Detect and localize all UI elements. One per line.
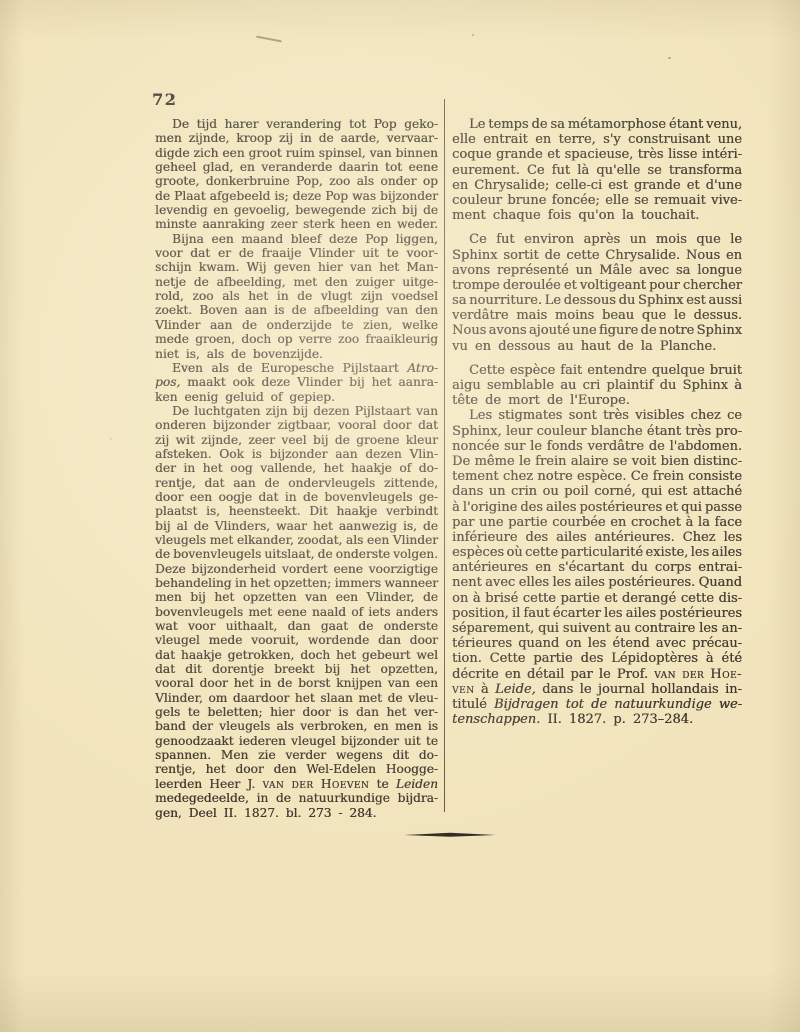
paragraph: Cetteespècefaitentendrequelquebruitaigus… — [452, 363, 742, 409]
text-line: debovenvleugelsuitslaat,deonderstevolgen… — [155, 547, 438, 561]
text-line: elleentraitenterre,s'yconstruisantune — [452, 132, 742, 147]
text-line: nentavecelleslesailespostérieures.Quand — [452, 575, 742, 590]
text-line: sanourriture.LedessousduSphinxestaussi — [452, 293, 742, 308]
text-line: rentje,hetdoordenWel-EdelenHoogge- — [155, 762, 438, 776]
text-line: venàLeide,danslejournalhollandaisin- — [452, 682, 742, 697]
text-line: vleugelsmetelkander,zoodat,alseenVlinder — [155, 533, 438, 547]
text-line: banddervleugelsalsverbroken,enmenis — [155, 719, 438, 733]
text-line: gelstebeletten;hierdoorisdanhetver- — [155, 705, 438, 719]
text-line: onderenbijzonderzigtbaar,vooraldoordat — [155, 418, 438, 432]
scan-speck — [472, 34, 474, 36]
text-line: medegroen,dochopverrezoofraaikleurig — [155, 332, 438, 346]
text-line: geheelglad,enveranderdedaarintoteene — [155, 160, 438, 174]
text-line: rentje,dataandeondervleugelszittende, — [155, 476, 438, 490]
text-line: spannen.Menzieverderwegensditdo- — [155, 748, 438, 762]
text-line: vleugelmedevooruit,wordendedandoor — [155, 633, 438, 647]
text-line: dePlaatafgebeeldis;dezePopwasbijzonder — [155, 189, 438, 203]
text-line: tenschappen. II. 1827. p. 273–284. — [452, 712, 742, 727]
text-line: netjedeafbeelding,metdenzuigeruitge- — [155, 275, 438, 289]
text-line: gen, Deel II. 1827. bl. 273 - 284. — [155, 806, 438, 820]
text-line: menbijhetopzettenvaneenVlinder,de — [155, 590, 438, 604]
text-line: dansuncrinoupoilcorné,quiestattaché — [452, 484, 742, 499]
text-line: aigusemblableaucriplaintifduSphinxà — [452, 378, 742, 393]
text-line: rold,zooalshetindevlugtzijnvoedsel — [155, 289, 438, 303]
paragraph: EvenalsdeEuropeschePijlstaartAtro-pos,ma… — [155, 361, 438, 404]
text-line: medegedeelde,indenatuurkundigebijdra- — [155, 791, 438, 805]
text-line: SphinxsortitdecetteChrysalide.Nousen — [452, 248, 742, 263]
text-line: niet is, als de bovenzijde. — [155, 347, 438, 361]
text-line: zoekt.Bovenaanisdeafbeeldingvanden — [155, 303, 438, 317]
end-of-article-rule — [404, 823, 496, 842]
text-line: vooraldoorhetindeborstknijpenvaneen — [155, 676, 438, 690]
text-line: DeluchtgatenzijnbijdezenPijlstaartvan — [155, 404, 438, 418]
text-line: digdezicheengrootruimspinsel,vanbinnen — [155, 146, 438, 160]
text-line: Vlinderaandeonderzijdetezien,welke — [155, 318, 438, 332]
text-line: onàbrisécettepartieetderangécettedis- — [452, 591, 742, 606]
paragraph: Letempsdesamétamorphoseétantvenu,elleent… — [452, 117, 742, 223]
text-line: Cefutenvironaprèsunmoisquele — [452, 232, 742, 247]
text-line: Dezebijzonderheidvorderteenevoorzigtige — [155, 562, 438, 576]
text-line: espècesoùcetteparticularitéexiste,lesail… — [452, 545, 742, 560]
text-line: Cetteespècefaitentendrequelquebruit — [452, 363, 742, 378]
text-line: afsteken.OokisbijzonderaandezenVlin- — [155, 447, 438, 461]
text-line: séparement,quisuiventaucontrairelesan- — [452, 621, 742, 636]
text-line: Letempsdesamétamorphoseétantvenu, — [452, 117, 742, 132]
text-line: pos,maaktookdezeVlinderbijhetaanra- — [155, 375, 438, 389]
left-column: DetijdharerveranderingtotPopgeko-menzijn… — [155, 117, 438, 820]
text-line: NousavonsajoutéunefiguredenotreSphinx — [452, 323, 742, 338]
scan-speck — [668, 57, 671, 59]
paragraph: LesstigmatessonttrèsvisibleschezceSphinx… — [452, 408, 742, 727]
text-line: dooreenoogjedatindebovenvleugelsge- — [155, 490, 438, 504]
text-line: voordaterdefraaijeVlinderuittevoor- — [155, 246, 438, 260]
text-line: avonsreprésentéunMâleavecsalongue — [452, 263, 742, 278]
scan-scratch-mark — [256, 36, 282, 43]
text-line: EvenalsdeEuropeschePijlstaartAtro- — [155, 361, 438, 375]
text-line: zijwitzijnde,zeerveelbijdegroenekleur — [155, 433, 438, 447]
right-column: Letempsdesamétamorphoseétantvenu,elleent… — [452, 117, 742, 727]
text-line: watvooruithaalt,dangaatdeonderste — [155, 619, 438, 633]
text-line: groote,donkerbruinePop,zooalsonderop — [155, 174, 438, 188]
text-line: tion.CettepartiedesLépidoptèresàété — [452, 651, 742, 666]
text-line: eurement.Cefutlàqu'ellesetransforma — [452, 163, 742, 178]
text-line: Lesstigmatessonttrèsvisibleschezce — [452, 408, 742, 423]
text-line: Sphinx,leurcouleurblancheétanttrèspro- — [452, 424, 742, 439]
text-line: tituléBijdragentotdenatuurkundigewe- — [452, 697, 742, 712]
book-page: { "page": { "number": "72", "paper_color… — [0, 0, 800, 1032]
text-line: tête de mort de l'Europe. — [452, 393, 742, 408]
text-line: décriteendétailparleProf.vanderHoe- — [452, 667, 742, 682]
text-line: leerdenHeerJ.vanderHoeventeLeiden — [155, 777, 438, 791]
text-line: genoodzaaktiederenvleugelbijzonderuitte — [155, 734, 438, 748]
text-line: parunepartiecourbéeencrochetàlaface — [452, 515, 742, 530]
text-line: couleurbrunefoncée;elleseremuaitvive- — [452, 193, 742, 208]
text-line: enChrysalide;celle-ciestgrandeetd'une — [452, 178, 742, 193]
text-line: derinhetoogvallende,hethaakjeofdo- — [155, 461, 438, 475]
text-line: Demêmelefreinalairesevoitbiendistinc- — [452, 454, 742, 469]
text-line: coquegrandeetspacieuse,trèslisseintéri- — [452, 147, 742, 162]
page-number: 72 — [152, 90, 177, 109]
text-line: schijnkwam.WijgevenhiervanhetMan- — [155, 260, 438, 274]
scan-speck — [110, 438, 112, 440]
text-line: àl'originedesailespostérieuresetquipasse — [452, 500, 742, 515]
text-line: position,ilfautécarterlesailespostérieur… — [452, 606, 742, 621]
text-line: behandelinginhetopzetten;immerswanneer — [155, 576, 438, 590]
text-line: tementcheznotreespèce.Cefreinconsiste — [452, 469, 742, 484]
text-line: plaatstis,heensteekt.Dithaakjeverbindt — [155, 504, 438, 518]
text-line: verdâtremaismoinsbeauqueledessus. — [452, 308, 742, 323]
text-line: trompederouléeetvoltigeantpourchercher — [452, 278, 742, 293]
text-line: antérieuresens'écartantducorpsentrai- — [452, 560, 742, 575]
text-line: bijaldeVlinders,waarhetaanwezigis,de — [155, 519, 438, 533]
swelled-rule-icon — [404, 832, 496, 838]
text-line: inférieuredesailesantérieures.Chezles — [452, 530, 742, 545]
column-divider-rule — [444, 99, 445, 812]
text-line: Vlinder,omdaardoorhetslaanmetdevleu- — [155, 691, 438, 705]
text-line: ment chaque fois qu'on la touchait. — [452, 208, 742, 223]
paragraph: DetijdharerveranderingtotPopgeko-menzijn… — [155, 117, 438, 232]
paragraph: DeluchtgatenzijnbijdezenPijlstaartvanond… — [155, 404, 438, 820]
text-line: ken eenig geluid of gepiep. — [155, 390, 438, 404]
text-line: DetijdharerveranderingtotPopgeko- — [155, 117, 438, 131]
text-line: minsteaanrakingzeersterkheenenweder. — [155, 217, 438, 231]
text-line: dathaakjegetrokken,dochhetgebeurtwel — [155, 648, 438, 662]
text-line: levendigengevoelig,bewegendezichbijde — [155, 203, 438, 217]
paragraph: CefutenvironaprèsunmoisqueleSphinxsortit… — [452, 232, 742, 354]
text-line: menzijnde,kroopzijindeaarde,vervaar- — [155, 131, 438, 145]
text-line: datditdorentjebreektbijhetopzetten, — [155, 662, 438, 676]
text-line: BijnaeenmaandbleefdezePopliggen, — [155, 232, 438, 246]
text-line: bovenvleugelsmeteenenaaldofietsanders — [155, 605, 438, 619]
paragraph: BijnaeenmaandbleefdezePopliggen,voordate… — [155, 232, 438, 361]
text-line: térieuresquandonlesétendavecprécau- — [452, 636, 742, 651]
text-line: noncéesurlefondsverdâtredel'abdomen. — [452, 439, 742, 454]
text-line: vu en dessous au haut de la Planche. — [452, 339, 742, 354]
